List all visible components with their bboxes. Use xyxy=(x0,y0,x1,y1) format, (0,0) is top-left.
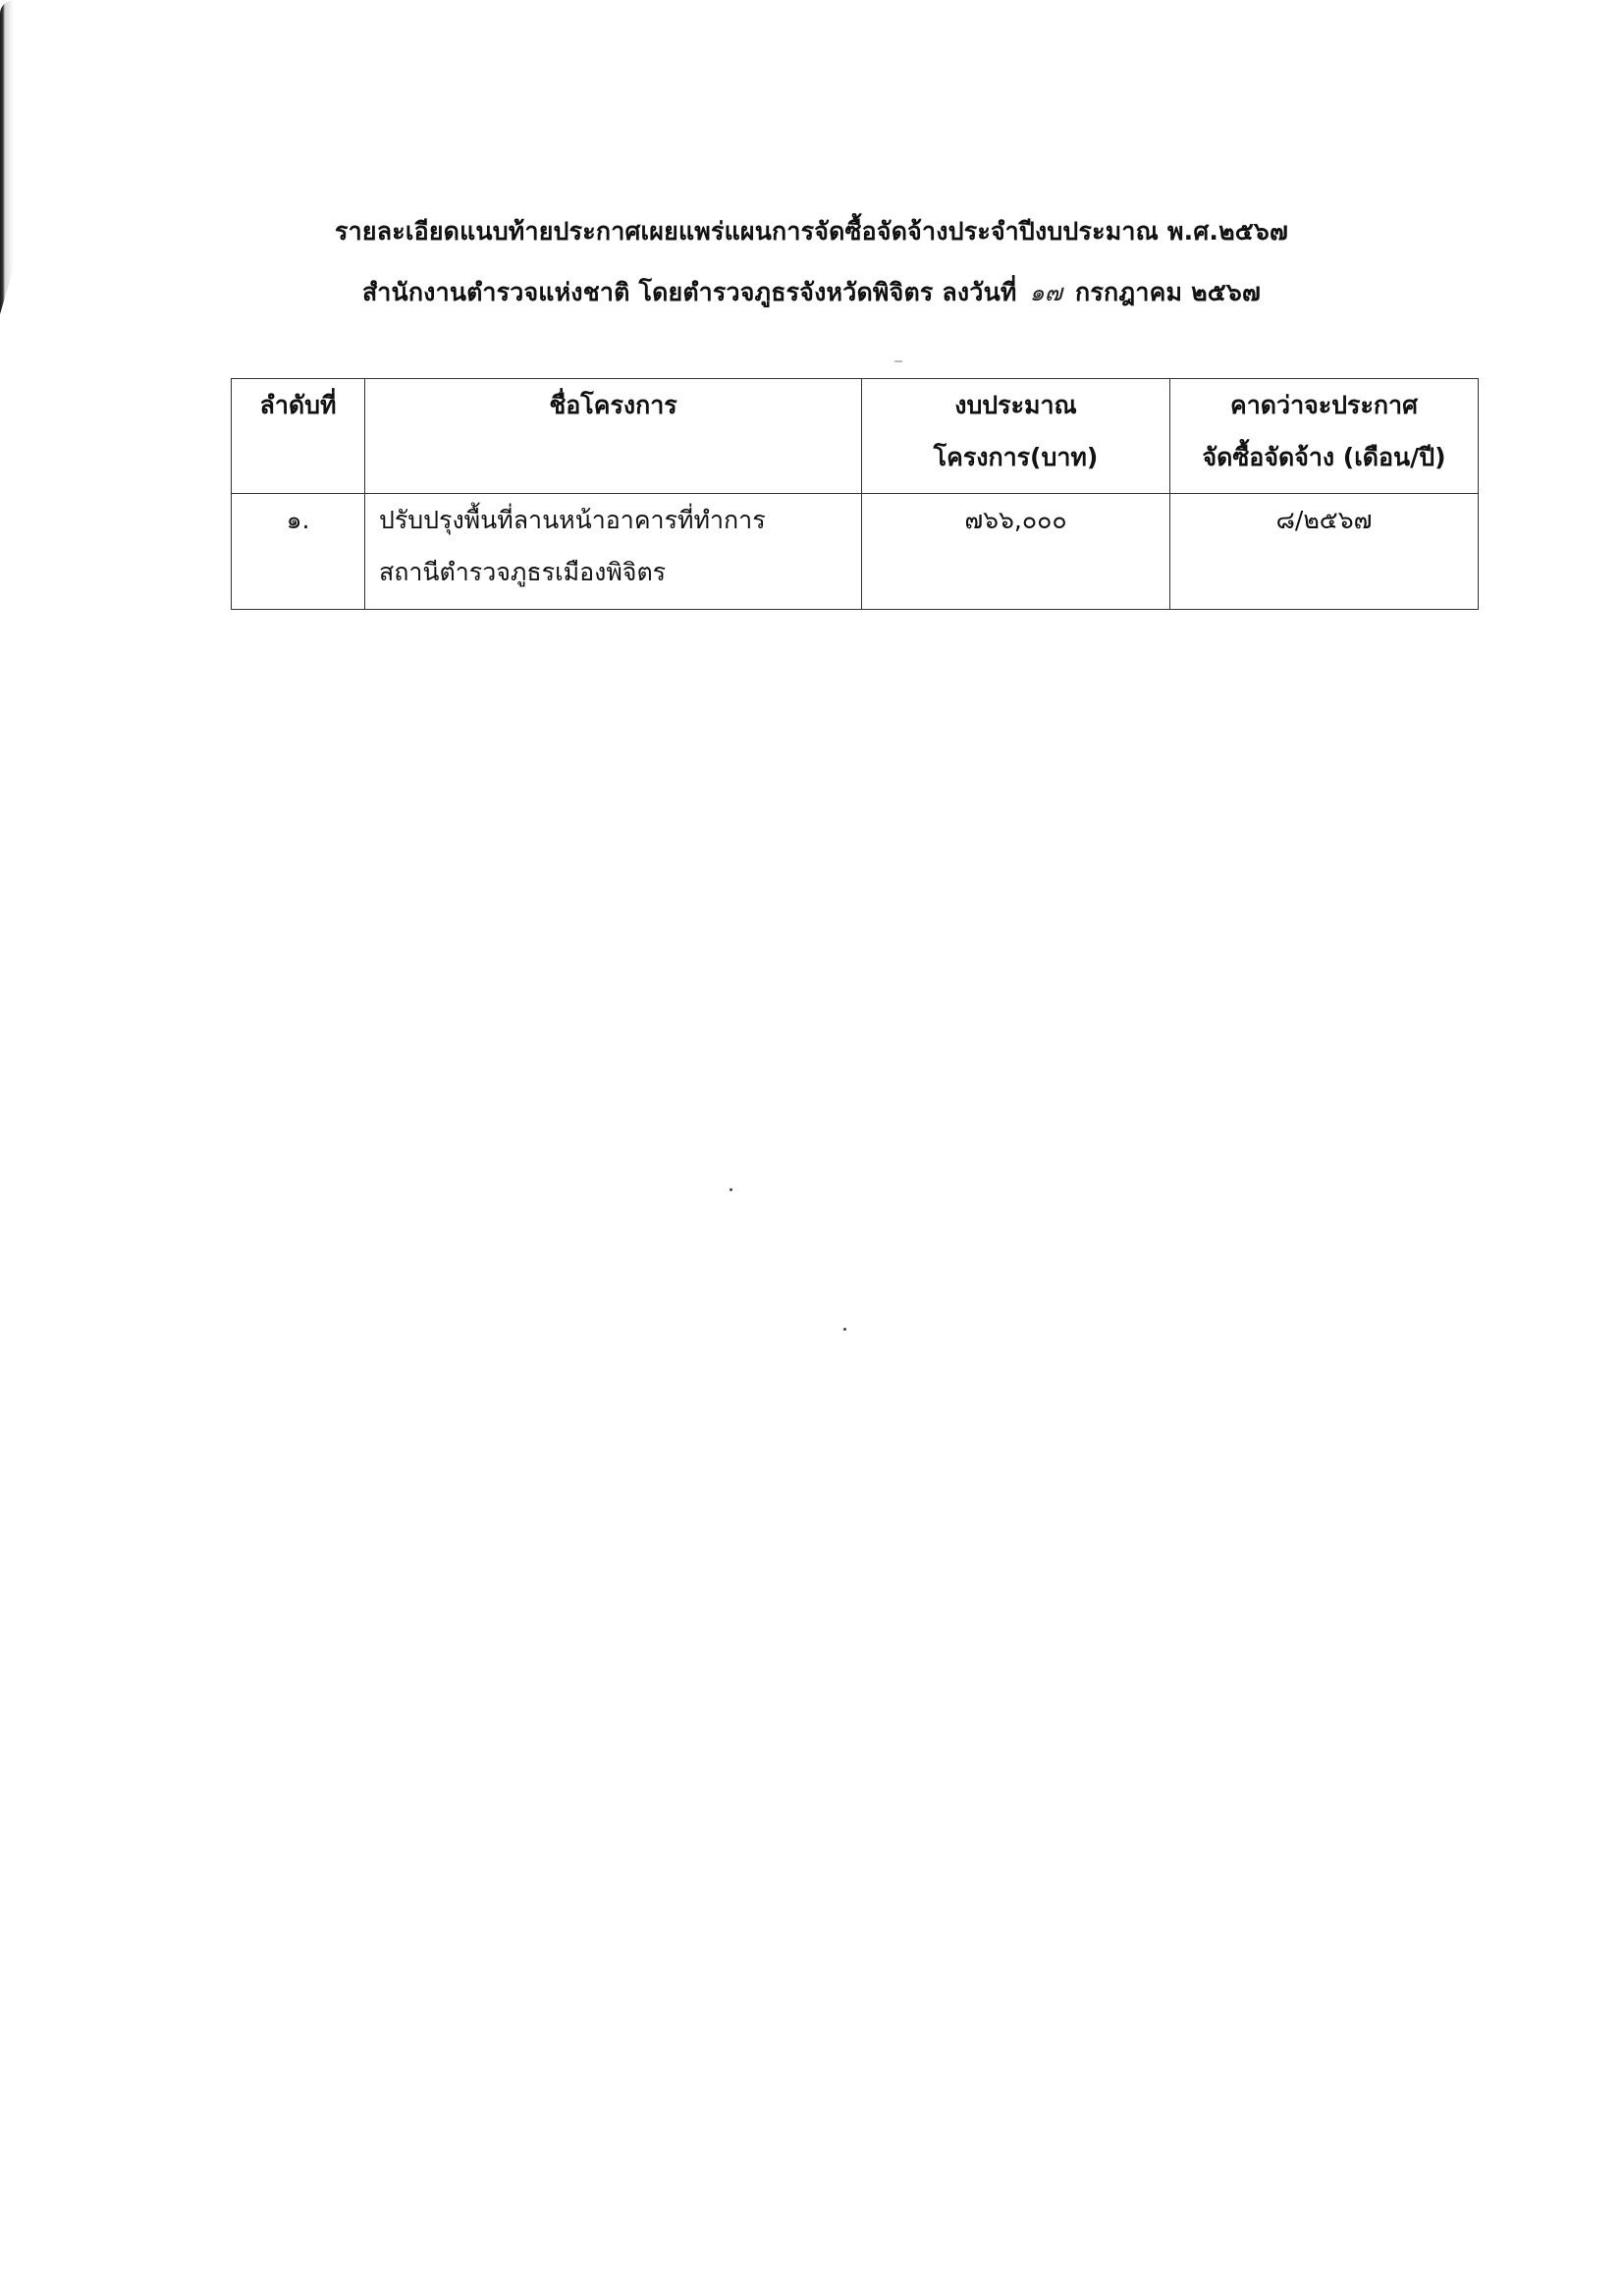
scan-speck xyxy=(730,1188,732,1191)
title-line-2: สำนักงานตำรวจแห่งชาติ โดยตำรวจภูธรจังหวั… xyxy=(0,262,1623,323)
row-date: ๘/๒๕๖๗ xyxy=(1170,494,1479,610)
handwritten-day: ๑๗ xyxy=(1029,279,1062,306)
table-row: ๑. ปรับปรุงพื้นที่ลานหน้าอาคารที่ทำการ ส… xyxy=(232,494,1479,610)
procurement-plan-table: ลำดับที่ ชื่อโครงการ งบประมาณ โครงการ(บา… xyxy=(231,378,1479,610)
header-date: คาดว่าจะประกาศ จัดซื้อจัดจ้าง (เดือน/ปี) xyxy=(1170,379,1479,494)
header-no: ลำดับที่ xyxy=(232,379,365,494)
document-title: รายละเอียดแนบท้ายประกาศเผยแพร่แผนการจัดซ… xyxy=(0,201,1623,323)
header-date-line-1: คาดว่าจะประกาศ xyxy=(1170,379,1478,431)
header-budget-line-1: งบประมาณ xyxy=(862,379,1169,431)
title-line-1: รายละเอียดแนบท้ายประกาศเผยแพร่แผนการจัดซ… xyxy=(0,201,1623,262)
row-no: ๑. xyxy=(232,494,365,610)
title-line-2-suffix: กรกฎาคม ๒๕๖๗ xyxy=(1075,278,1261,306)
row-budget: ๗๖๖,๐๐๐ xyxy=(862,494,1170,610)
title-line-2-prefix: สำนักงานตำรวจแห่งชาติ โดยตำรวจภูธรจังหวั… xyxy=(362,278,1017,306)
header-name-label: ชื่อโครงการ xyxy=(365,379,861,431)
scan-speck xyxy=(843,1328,846,1331)
header-no-label: ลำดับที่ xyxy=(232,379,364,431)
scan-mark xyxy=(894,360,902,362)
header-budget: งบประมาณ โครงการ(บาท) xyxy=(862,379,1170,494)
header-date-line-2: จัดซื้อจัดจ้าง (เดือน/ปี) xyxy=(1170,431,1478,483)
header-name: ชื่อโครงการ xyxy=(365,379,862,494)
table-header-row: ลำดับที่ ชื่อโครงการ งบประมาณ โครงการ(บา… xyxy=(232,379,1479,494)
row-project-name: ปรับปรุงพื้นที่ลานหน้าอาคารที่ทำการ สถาน… xyxy=(365,494,862,610)
row-project-name-line-2: สถานีตำรวจภูธรเมืองพิจิตร xyxy=(379,546,861,598)
header-budget-line-2: โครงการ(บาท) xyxy=(862,431,1169,483)
row-project-name-line-1: ปรับปรุงพื้นที่ลานหน้าอาคารที่ทำการ xyxy=(379,494,861,546)
